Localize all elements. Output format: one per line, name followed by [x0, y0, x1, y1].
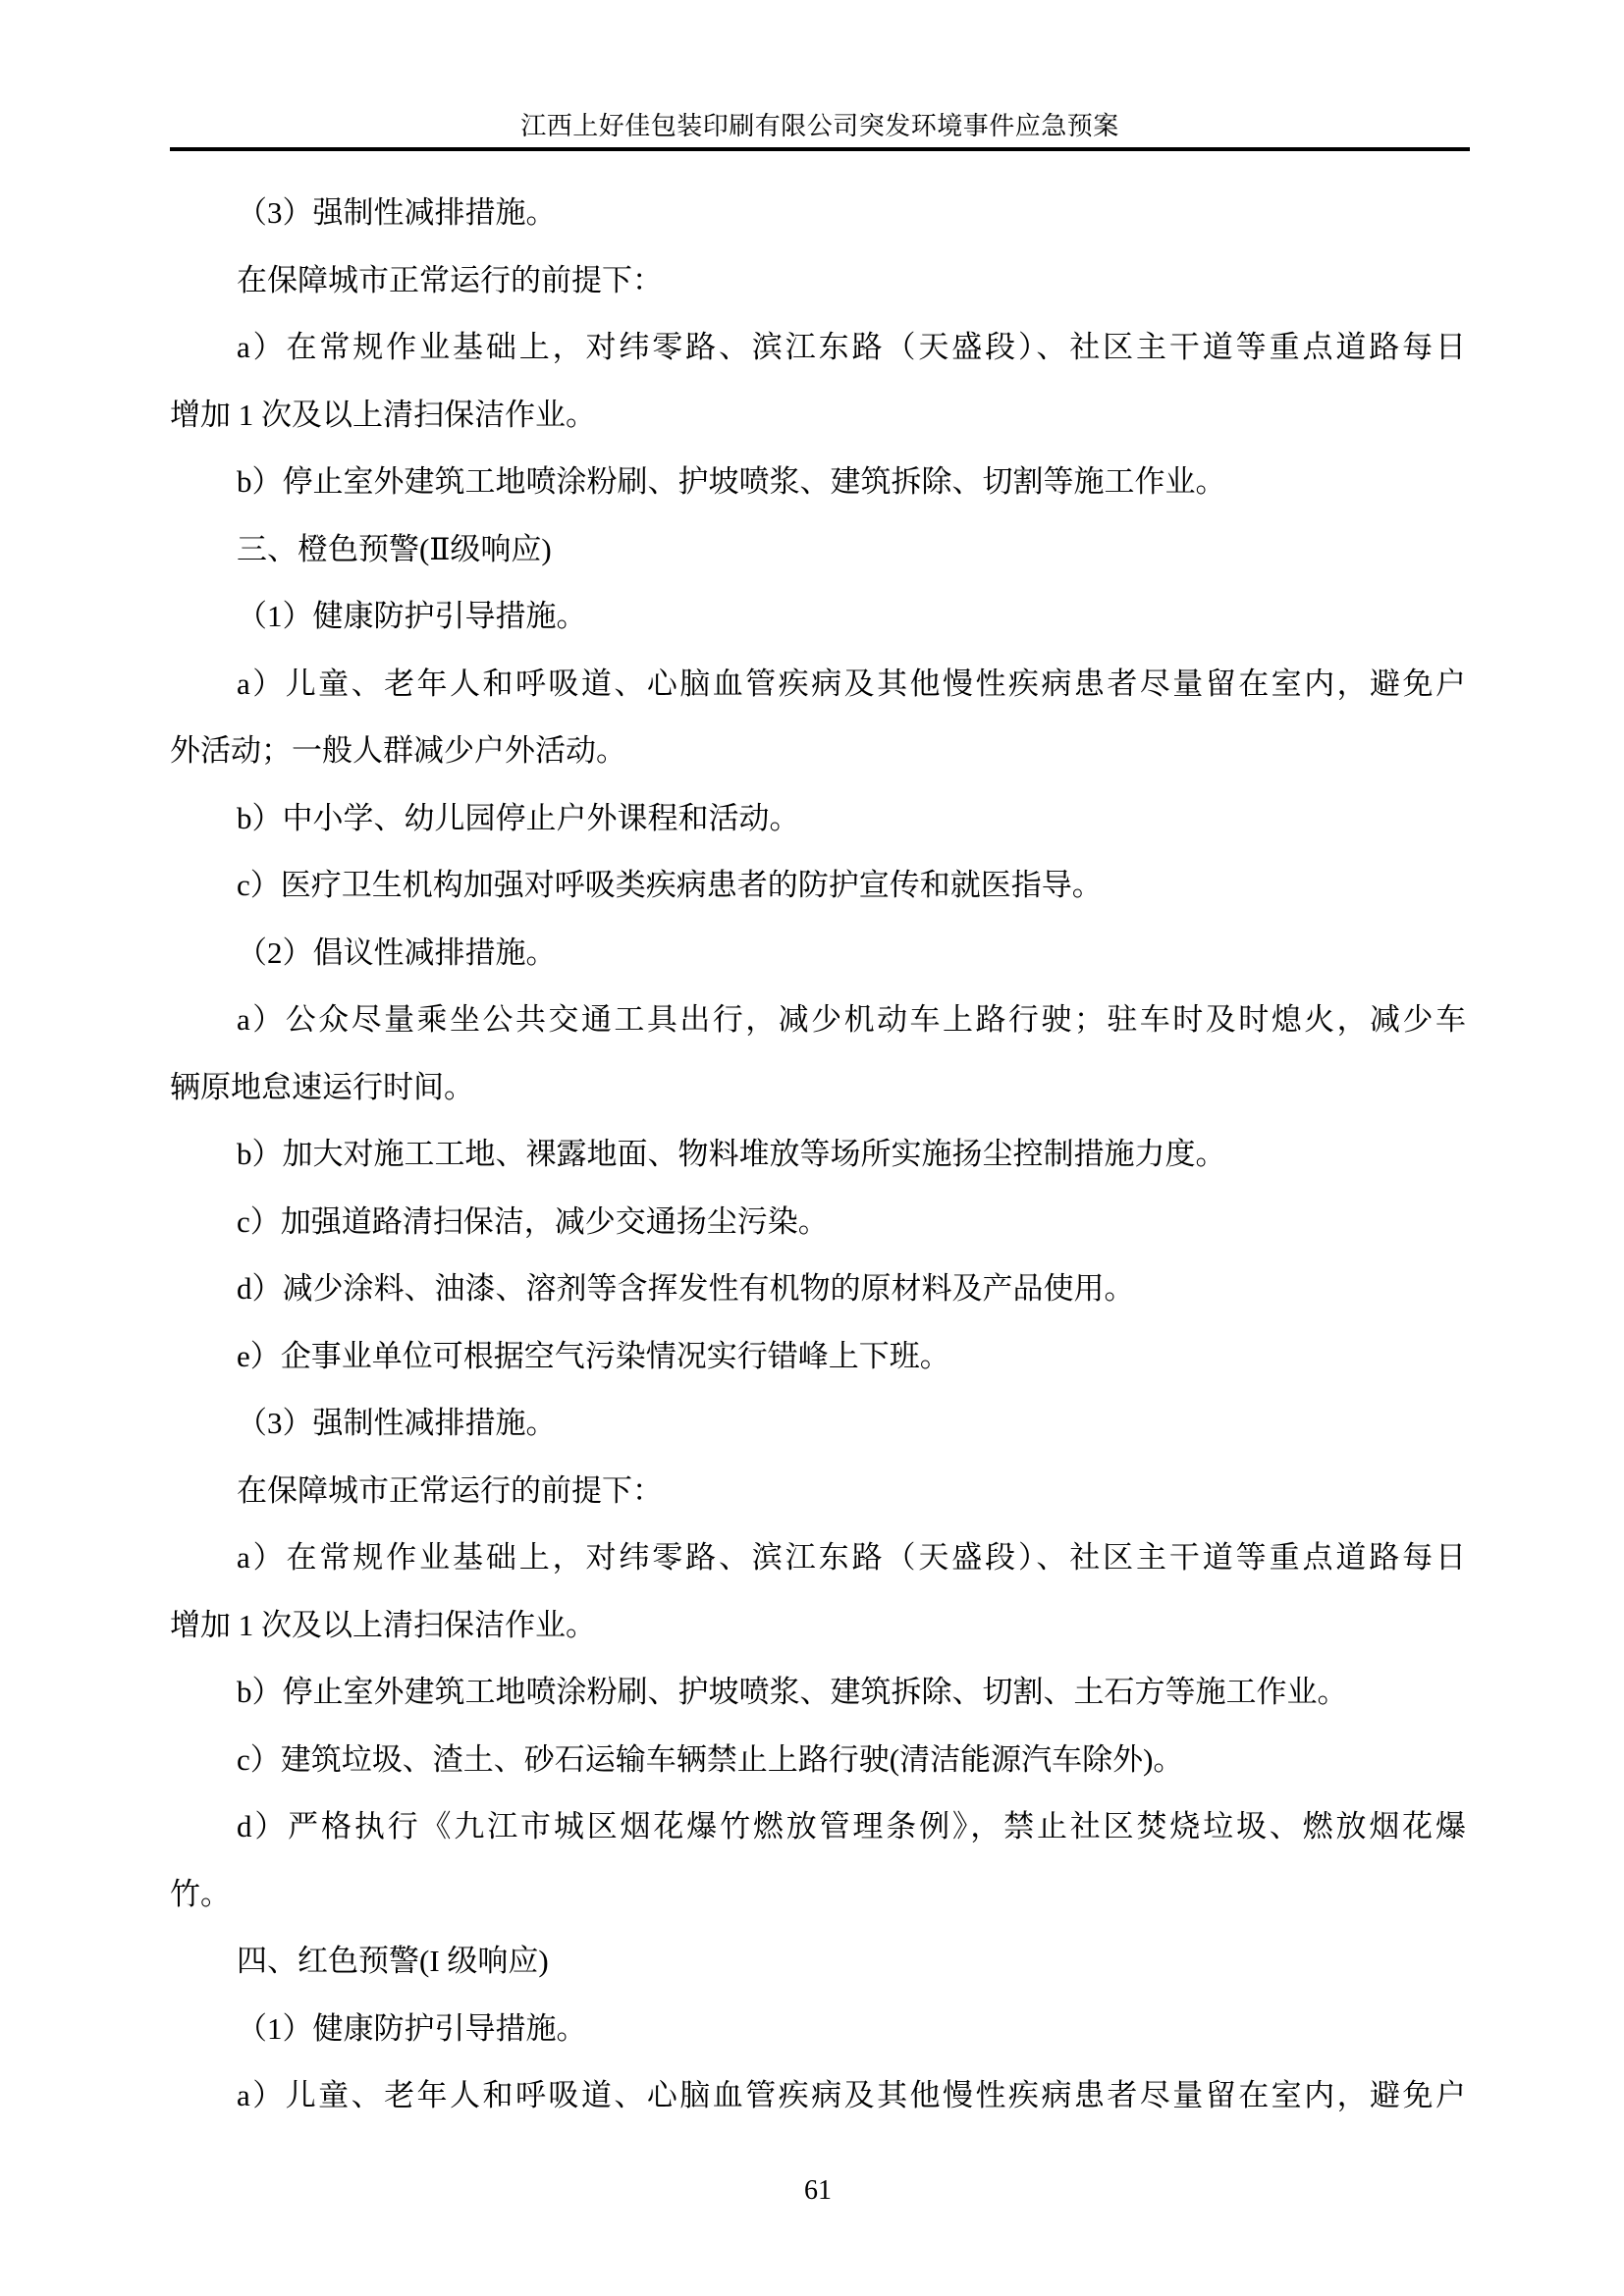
body-line: c）医疗卫生机构加强对呼吸类疾病患者的防护宣传和就医指导。	[170, 852, 1466, 920]
body-line: 竹。	[170, 1861, 1466, 1929]
body-line: 在保障城市正常运行的前提下：	[170, 247, 1466, 315]
body-line: 辆原地怠速运行时间。	[170, 1054, 1466, 1122]
body-line: c）加强道路清扫保洁，减少交通扬尘污染。	[170, 1189, 1466, 1256]
body-line: a）公众尽量乘坐公共交通工具出行，减少机动车上路行驶；驻车时及时熄火，减少车	[170, 987, 1466, 1054]
body-line: （3）强制性减排措施。	[170, 1390, 1466, 1458]
body-line: b）停止室外建筑工地喷涂粉刷、护坡喷浆、建筑拆除、切割等施工作业。	[170, 449, 1466, 516]
body-line: 三、橙色预警(Ⅱ级响应)	[170, 516, 1466, 584]
page-number: 61	[170, 2171, 1466, 2211]
body-line: c）建筑垃圾、渣土、砂石运输车辆禁止上路行驶(清洁能源汽车除外)。	[170, 1727, 1466, 1794]
body-line: （1）健康防护引导措施。	[170, 1996, 1466, 2063]
body-line: 四、红色预警(I 级响应)	[170, 1928, 1466, 1996]
body-line: b）中小学、幼儿园停止户外课程和活动。	[170, 785, 1466, 853]
body-line: 外活动；一般人群减少户外活动。	[170, 718, 1466, 785]
document-body: （3）强制性减排措施。 在保障城市正常运行的前提下： a）在常规作业基础上，对纬…	[170, 180, 1466, 2130]
body-line: 增加 1 次及以上清扫保洁作业。	[170, 382, 1466, 450]
body-line: （2）倡议性减排措施。	[170, 920, 1466, 988]
body-line: b）加大对施工工地、裸露地面、物料堆放等场所实施扬尘控制措施力度。	[170, 1121, 1466, 1189]
body-line: a）在常规作业基础上，对纬零路、滨江东路（天盛段）、社区主干道等重点道路每日	[170, 1524, 1466, 1592]
body-line: （3）强制性减排措施。	[170, 180, 1466, 247]
body-line: d）严格执行《九江市城区烟花爆竹燃放管理条例》，禁止社区焚烧垃圾、燃放烟花爆	[170, 1793, 1466, 1861]
body-line: a）在常规作业基础上，对纬零路、滨江东路（天盛段）、社区主干道等重点道路每日	[170, 314, 1466, 382]
body-line: e）企事业单位可根据空气污染情况实行错峰上下班。	[170, 1323, 1466, 1391]
header-rule	[170, 147, 1470, 151]
body-line: b）停止室外建筑工地喷涂粉刷、护坡喷浆、建筑拆除、切割、土石方等施工作业。	[170, 1659, 1466, 1727]
body-line: 在保障城市正常运行的前提下：	[170, 1458, 1466, 1525]
page-header-title: 江西上好佳包装印刷有限公司突发环境事件应急预案	[170, 111, 1470, 142]
body-line: （1）健康防护引导措施。	[170, 583, 1466, 651]
body-line: d）减少涂料、油漆、溶剂等含挥发性有机物的原材料及产品使用。	[170, 1255, 1466, 1323]
body-line: 增加 1 次及以上清扫保洁作业。	[170, 1592, 1466, 1660]
body-line: a）儿童、老年人和呼吸道、心脑血管疾病及其他慢性疾病患者尽量留在室内，避免户	[170, 651, 1466, 719]
document-page: 江西上好佳包装印刷有限公司突发环境事件应急预案 （3）强制性减排措施。 在保障城…	[0, 0, 1624, 2296]
body-line: a）儿童、老年人和呼吸道、心脑血管疾病及其他慢性疾病患者尽量留在室内，避免户	[170, 2062, 1466, 2130]
